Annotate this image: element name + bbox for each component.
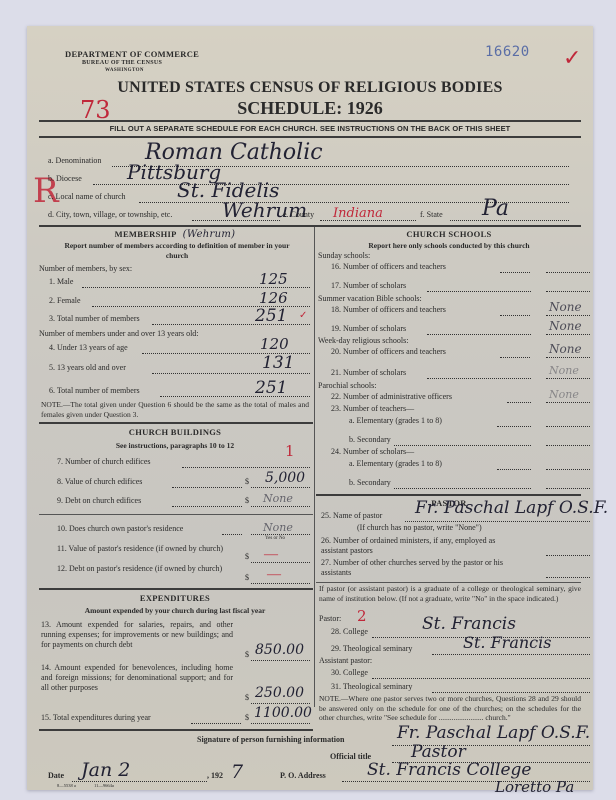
owns-residence-label: 10. Does church own pastor's residence [57,524,183,533]
summer-schools-label: Summer vacation Bible schools: [318,294,422,303]
q22-field-line [507,402,531,403]
total-members-2-label: 6. Total number of members [49,386,140,395]
q21-field-line [427,378,531,379]
benevolences-amount-line [251,703,310,704]
membership-rule [39,422,313,424]
assistant-pastors-label: 26. Number of ordained ministers, if any… [321,536,506,556]
owns-residence-value: None [263,521,293,534]
residence-value-label: 11. Value of pastor's residence (if owne… [57,544,237,554]
q21-answer-line [546,378,590,379]
owns-residence-field-line [222,534,242,535]
schedule-title: SCHEDULE: 1926 [27,98,593,119]
po-address-value-line2: Loretto Pa [495,778,574,796]
date-field-line [72,781,207,782]
expenditures-subtitle: Amount expended by your church during la… [39,606,311,615]
benevolences-amount: 250.00 [255,685,304,701]
pastor-divider [316,582,581,583]
church-buildings-title: CHURCH BUILDINGS [39,427,311,437]
over-13-value: 131 [262,353,294,373]
signature-label: Signature of person furnishing informati… [197,735,344,744]
edifice-debt-amount-line [251,506,310,507]
total-members-value: 251 [255,306,287,326]
assistant-pastors-answer-line [546,555,590,556]
residence-debt-dash: — [267,567,281,583]
pastor-name-field-line [405,521,590,522]
q21-label: 21. Number of scholars [331,368,406,377]
edifices-count-label: 7. Number of church edifices [57,457,151,466]
female-value: 126 [259,289,288,307]
seminary-value: St. Francis [463,633,551,652]
q20-value: None [549,342,582,356]
membership-note: NOTE.—The total given under Question 6 s… [41,400,309,420]
edifice-debt-field-line [172,506,242,507]
parochial-schools-label: Parochial schools: [318,381,376,390]
expenditures-rule [39,729,313,731]
church-schools-title: CHURCH SCHOOLS [317,229,581,239]
q23a-answer-line [546,426,590,427]
signature-value: Fr. Paschal Lapf O.S.F. [397,723,590,743]
church-schools-subtitle: Report here only schools conducted by th… [317,241,581,250]
seminary-label: 29. Theological seminary [331,644,412,653]
q23a-label: a. Elementary (grades 1 to 8) [349,416,442,425]
pastor-education-label: Pastor: [319,614,341,623]
college-label: 28. College [331,627,368,636]
q23b-label: b. Secondary [349,435,391,444]
under-13-value: 120 [260,335,289,353]
year-suffix: 7 [231,761,243,783]
official-title-label: Official title [330,752,371,761]
buildings-rule [39,588,313,590]
dollar-sign: $ [245,650,249,659]
po-address-label: P. O. Address [280,771,326,780]
edifices-count-field-line [182,467,310,468]
expenditures-title: EXPENDITURES [39,593,311,603]
q19-label: 19. Number of scholars [331,324,406,333]
denomination-label: a. Denomination [48,156,101,165]
asst-college-field-line [372,678,590,679]
q19-value: None [549,319,582,333]
diocese-label: b. Diocese [48,174,82,183]
bureau-label: BUREAU OF THE CENSUS [82,60,162,66]
membership-title: MEMBERSHIP (Wehrum) [39,229,311,240]
po-address-value: St. Francis College [367,760,532,780]
q23b-answer-line [546,445,590,446]
other-churches-answer-line [546,577,590,578]
q23a-field-line [497,426,531,427]
edifice-value-field-line [172,487,242,488]
q16-answer-line [546,272,590,273]
church-name-label: c. Local name of church [48,192,126,201]
dollar-sign: $ [245,713,249,722]
owns-residence-answer-line [251,534,310,535]
total-expenditures-label: 15. Total expenditures during year [41,713,151,722]
city-label: d. City, town, village, or township, etc… [48,210,172,219]
age-groups-label: Number of members under and over 13 year… [39,329,199,338]
q23b-field-line [394,445,531,446]
edifice-value-amount-line [251,487,310,488]
q17-answer-line [546,291,590,292]
check-mark-icon: ✓ [299,310,307,321]
female-label: 2. Female [49,296,81,305]
total-expenditures-field-line [191,723,241,724]
membership-title-note: (Wehrum) [183,229,236,240]
q20-label: 20. Number of officers and teachers [331,347,446,356]
county-value: Indiana [333,206,383,221]
q24a-label: a. Elementary (grades 1 to 8) [349,459,442,468]
q24a-answer-line [546,469,590,470]
q18-value: None [549,300,582,314]
total-members-2-field-line [160,396,310,397]
edifice-debt-amount: None [263,492,293,505]
q22-label: 22. Number of administrative officers [331,392,452,401]
instructions-banner: FILL OUT A SEPARATE SCHEDULE FOR EACH CH… [27,124,593,133]
running-expenses-amount-line [251,660,310,661]
q21-value: None [549,364,579,377]
residence-debt-label: 12. Debt on pastor's residence (if owned… [57,564,237,574]
multi-church-note: NOTE.—Where one pastor serves two or mor… [319,694,581,723]
census-schedule-sheet: DEPARTMENT OF COMMERCE BUREAU OF THE CEN… [27,26,593,790]
check-mark-icon: ✓ [563,46,581,71]
residence-value-amount-line [251,562,310,563]
header-rule [39,120,581,122]
dollar-sign: $ [245,573,249,582]
residence-debt-amount-line [251,583,310,584]
date-label: Date [48,771,64,780]
male-label: 1. Male [49,277,73,286]
asst-college-label: 30. College [331,668,368,677]
q16-label: 16. Number of officers and teachers [331,262,446,271]
q17-field-line [427,291,531,292]
dollar-sign: $ [245,477,249,486]
running-expenses-amount: 850.00 [255,642,304,658]
pastor-count-annotation: 2 [357,607,367,625]
q19-answer-line [546,334,590,335]
q22-answer-line [546,402,590,403]
total-members-2-value: 251 [255,378,287,398]
edifice-value-label: 8. Value of church edifices [57,477,142,486]
edifice-debt-label: 9. Debt on church edifices [57,496,141,505]
identification-rule [39,225,581,227]
dollar-sign: $ [245,496,249,505]
year-prefix: , 192 [207,771,223,780]
city-label: WASHINGTON [105,68,144,73]
church-buildings-subtitle: See instructions, paragraphs 10 to 12 [39,441,311,450]
under-13-label: 4. Under 13 years of age [49,343,128,352]
yes-or-no-hint: Yes or No [265,536,285,541]
q16-field-line [500,272,530,273]
asst-seminary-field-line [432,692,590,693]
education-note: If pastor (or assistant pastor) is a gra… [319,584,581,603]
q24a-field-line [497,469,531,470]
total-expenditures-amount-line [251,723,310,724]
over-13-field-line [152,373,310,374]
q18-label: 18. Number of officers and teachers [331,305,446,314]
dollar-sign: $ [245,693,249,702]
male-value: 125 [259,270,288,288]
diocese-field-line [93,184,569,185]
q20-field-line [500,357,530,358]
q20-answer-line [546,357,590,358]
asst-seminary-label: 31. Theological seminary [331,682,412,691]
form-code-2: 11—9664a [94,783,114,788]
total-members-label: 3. Total number of members [49,314,140,323]
edifices-count-value: 1 [285,442,295,460]
header-rule-bottom [39,136,581,138]
column-divider [314,227,315,707]
edifice-value-amount: 5,000 [265,470,305,486]
state-field-line [450,220,569,221]
weekday-schools-label: Week-day religious schools: [318,336,408,345]
dollar-sign: $ [245,552,249,561]
form-code-1: 8—5538 a [57,783,76,788]
total-expenditures-amount: 1100.00 [254,705,312,721]
q19-field-line [427,334,531,335]
q24-label: 24. Number of scholars— [331,447,414,456]
serial-number: 16620 [485,44,530,60]
date-value: Jan 2 [81,759,130,781]
pastor-name-label: 25. Name of pastor [321,511,382,520]
department-label: DEPARTMENT OF COMMERCE [65,49,199,59]
pastor-name-value: Fr. Paschal Lapf O.S.F. [415,498,608,518]
over-13-label: 5. 13 years old and over [49,363,126,372]
running-expenses-label: 13. Amount expended for salaries, repair… [41,620,233,650]
q23-label: 23. Number of teachers— [331,404,414,413]
q24b-label: b. Secondary [349,478,391,487]
schools-rule [316,494,581,496]
q17-label: 17. Number of scholars [331,281,406,290]
members-by-sex-label: Number of members, by sex: [39,264,132,273]
membership-subtitle: Report number of members according to de… [57,241,297,261]
other-churches-label: 27. Number of other churches served by t… [321,558,506,578]
pastor-name-hint: (If church has no pastor, write "None") [357,523,482,532]
document-title: UNITED STATES CENSUS OF RELIGIOUS BODIES [27,79,593,97]
q24b-answer-line [546,488,590,489]
buildings-divider [39,514,313,515]
q24b-field-line [394,488,531,489]
state-label: f. State [420,210,443,219]
college-value: St. Francis [422,614,516,634]
official-title-value: Pastor [411,742,466,762]
state-value: Pa [482,196,509,221]
assistant-pastor-label: Assistant pastor: [319,656,372,665]
q18-field-line [500,315,530,316]
benevolences-label: 14. Amount expended for benevolences, in… [41,663,233,693]
residence-value-dash: — [264,547,278,563]
sunday-schools-label: Sunday schools: [318,251,370,260]
q22-value: None [549,388,579,401]
county-label: e. County [283,210,314,219]
seminary-field-line [432,654,590,655]
q18-answer-line [546,315,590,316]
